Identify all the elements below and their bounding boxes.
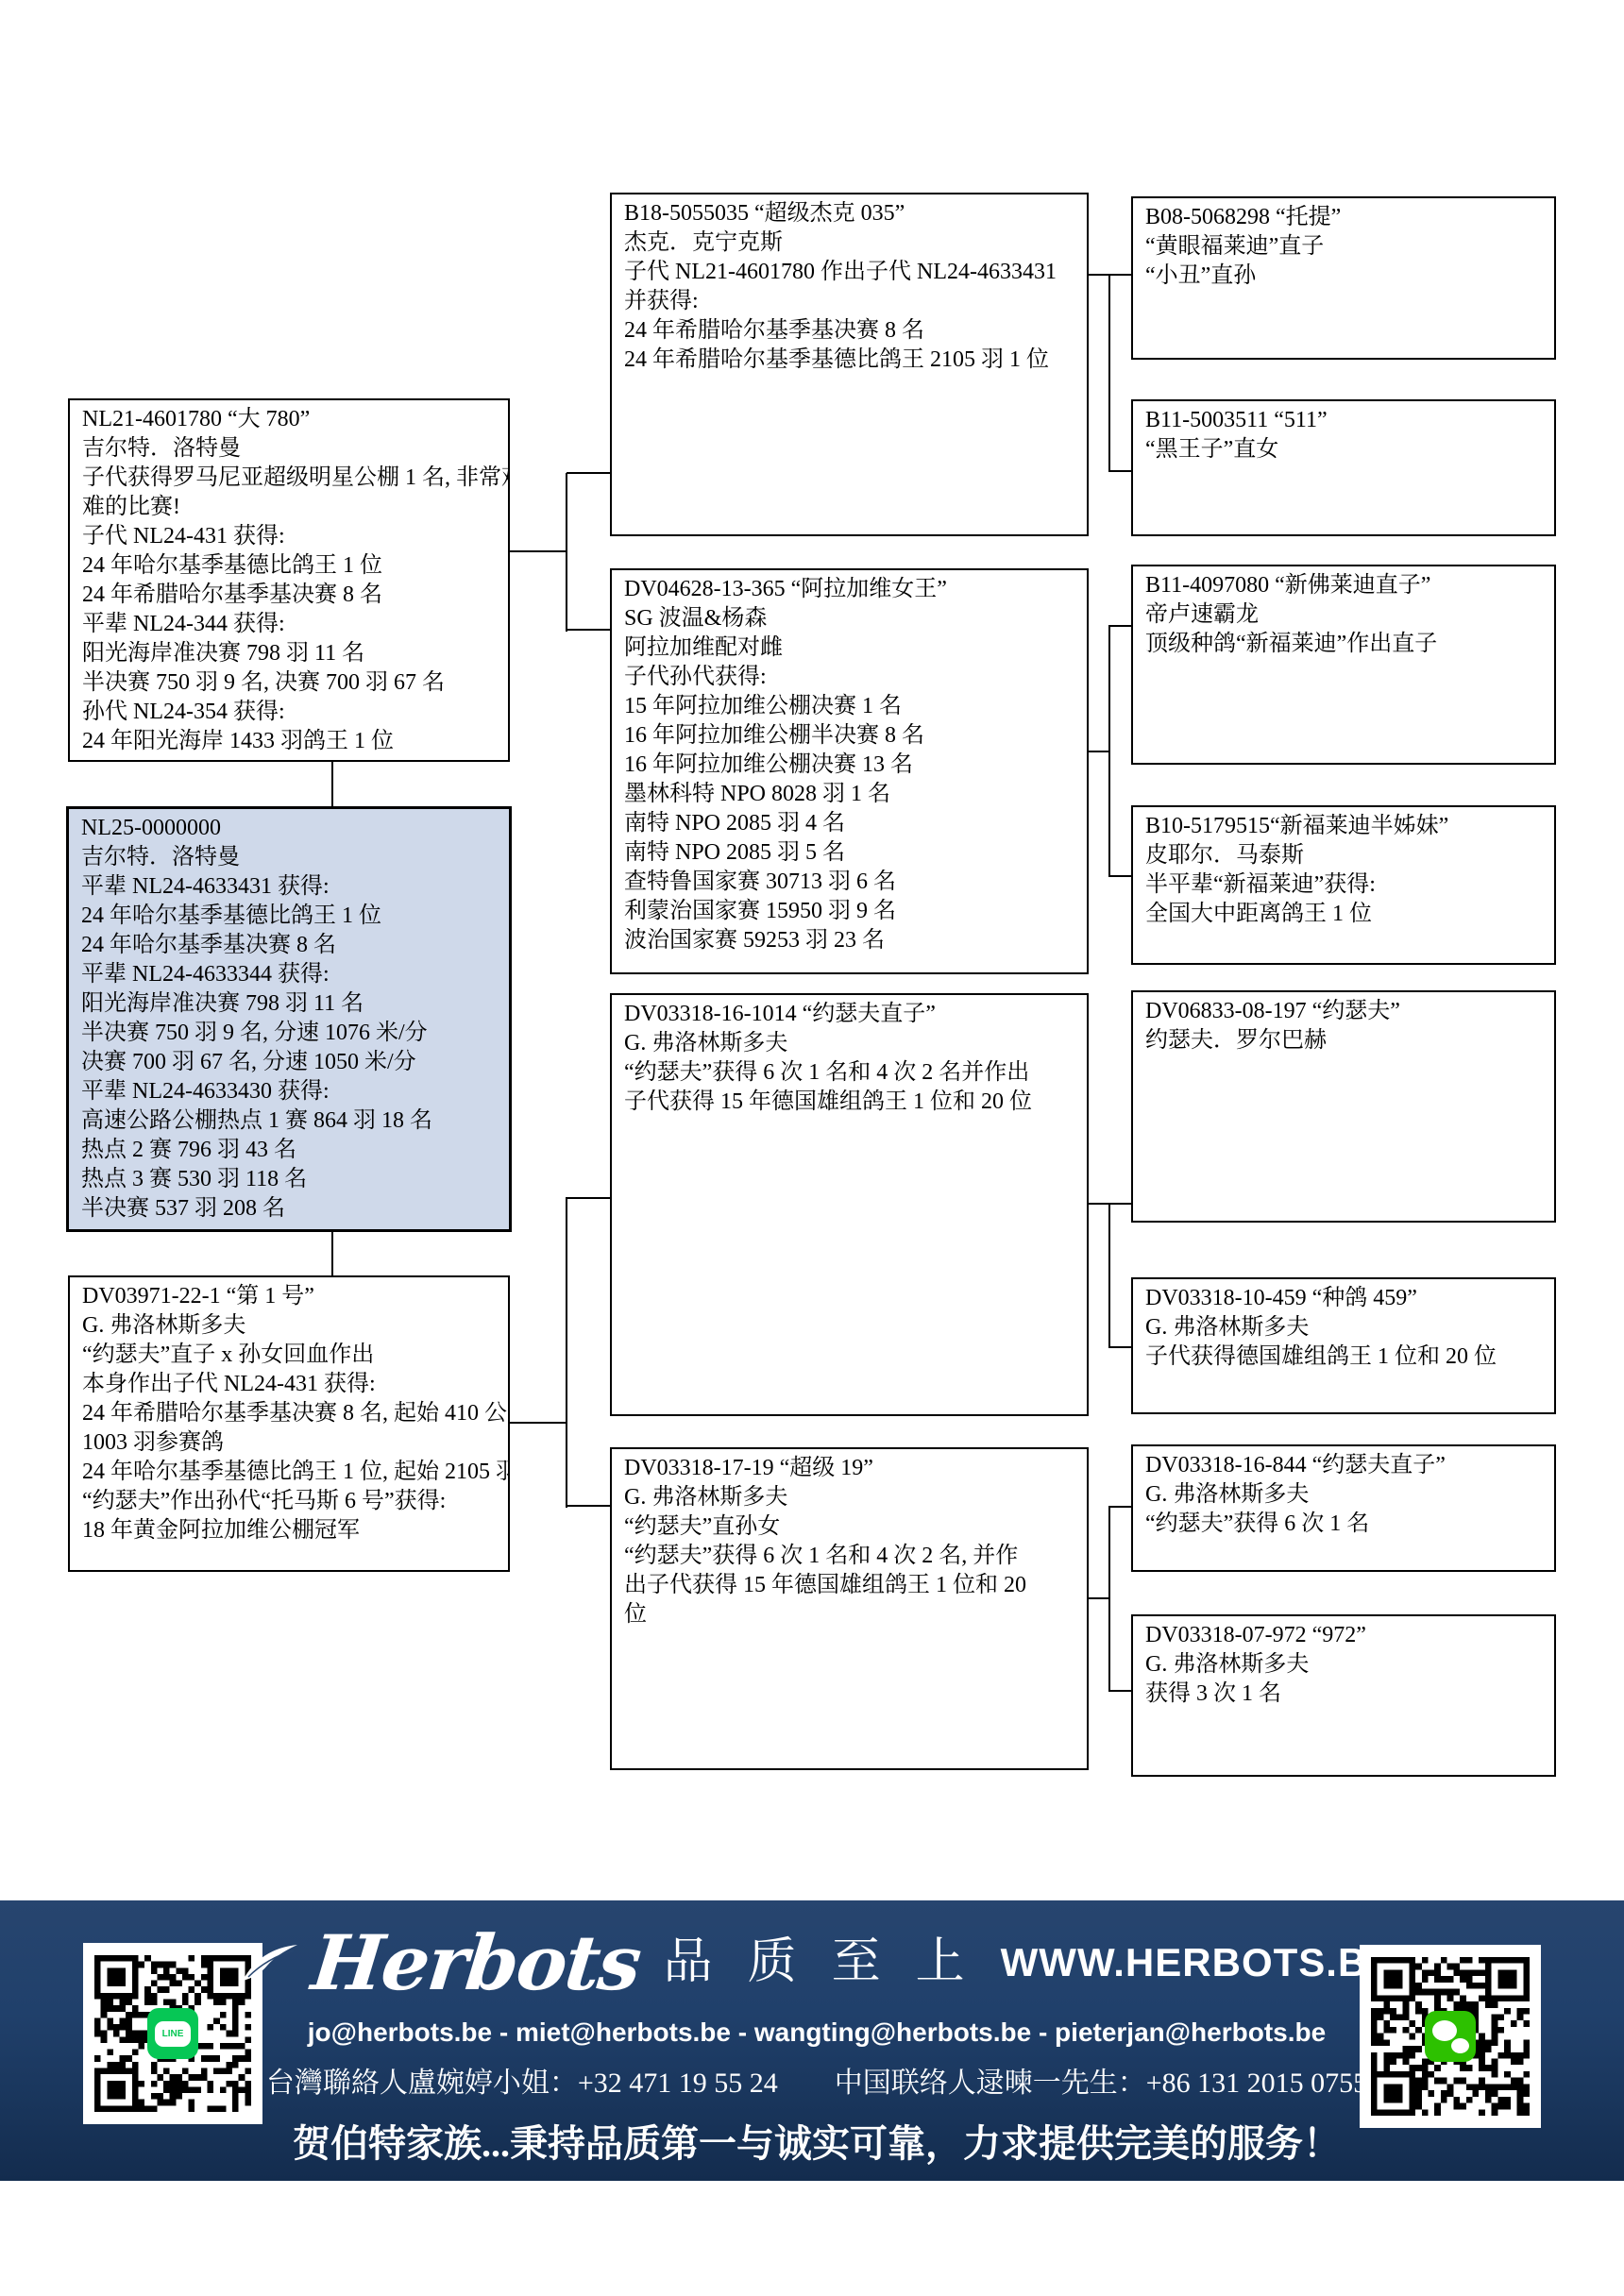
box-line: B10-5179515“新福莱迪半姊妹” (1145, 812, 1545, 841)
feather-icon (239, 1939, 309, 1986)
box-line: SG 波温&杨森 (624, 604, 1077, 633)
box-line: DV03318-16-844 “约瑟夫直子” (1145, 1451, 1545, 1480)
box-line: 利蒙治国家赛 15950 羽 9 名 (624, 897, 1077, 926)
pedigree-box-dv03318-16-844: DV03318-16-844 “约瑟夫直子”G. 弗洛林斯多夫“约瑟夫”获得 6… (1131, 1444, 1556, 1572)
connector-line (331, 762, 333, 806)
connector-line (1109, 625, 1131, 627)
box-line: B11-5003511 “511” (1145, 406, 1545, 435)
connector-line (1109, 470, 1131, 472)
box-line: “约瑟夫”获得 6 次 1 名和 4 次 2 名并作出 (624, 1058, 1077, 1088)
box-line: 子代获得 15 年德国雄组鸽王 1 位和 20 位 (624, 1088, 1077, 1117)
box-line: G. 弗洛林斯多夫 (1145, 1650, 1545, 1680)
wechat-icon (1425, 2011, 1476, 2062)
footer-slogan: 贺伯特家族...秉持品质第一与诚实可靠，力求提供完美的服务！ (293, 2114, 1341, 2168)
box-line: NL21-4601780 “大 780” (82, 405, 499, 434)
box-line: B18-5055035 “超级杰克 035” (624, 199, 1077, 228)
connector-line (1108, 274, 1110, 472)
box-line: 子代 NL21-4601780 作出子代 NL24-4633431 (624, 258, 1077, 287)
box-line: 南特 NPO 2085 羽 5 名 (624, 838, 1077, 868)
box-line: 24 年哈尔基季基德比鸽王 1 位 (82, 551, 499, 581)
connector-line (1109, 1690, 1131, 1692)
box-line: DV03318-07-972 “972” (1145, 1621, 1545, 1650)
box-line: 子代获得罗马尼亚超级明星公棚 1 名, 非常艰 (82, 464, 499, 493)
box-line: 查特鲁国家赛 30713 羽 6 名 (624, 868, 1077, 897)
box-line: “约瑟夫”直孙女 (624, 1512, 1077, 1542)
website-link[interactable]: WWW.HERBOTS.BE (1001, 1943, 1396, 1983)
connector-line (1108, 625, 1110, 877)
box-line: G. 弗洛林斯多夫 (1145, 1313, 1545, 1342)
box-line: 半决赛 750 羽 9 名, 分速 1076 米/分 (81, 1019, 499, 1048)
box-line: 全国大中距离鸽王 1 位 (1145, 900, 1545, 929)
box-line: 高速公路公棚热点 1 赛 864 羽 18 名 (81, 1106, 499, 1136)
box-line: NL25-0000000 (81, 814, 499, 843)
box-line: 24 年希腊哈尔基季基决赛 8 名 (82, 581, 499, 610)
connector-line (567, 1197, 610, 1199)
pedigree-box-dv03318-17-19: DV03318-17-19 “超级 19”G. 弗洛林斯多夫“约瑟夫”直孙女“约… (610, 1447, 1089, 1770)
box-line: 半决赛 750 羽 9 名, 决赛 700 羽 67 名 (82, 668, 499, 698)
box-line: “黄眼福莱迪”直子 (1145, 232, 1545, 262)
box-line: “小丑”直孙 (1145, 262, 1545, 291)
connector-line (1108, 1203, 1110, 1348)
box-line: 24 年希腊哈尔基季基德比鸽王 2105 羽 1 位 (624, 346, 1077, 375)
box-line: G. 弗洛林斯多夫 (624, 1029, 1077, 1058)
pedigree-box-b11-5003511: B11-5003511 “511”“黑王子”直女 (1131, 399, 1556, 536)
footer-center: Herbots 品 质 至 上 WWW.HERBOTS.BE jo@herbot… (283, 1910, 1350, 2174)
box-line: 18 年黄金阿拉加维公棚冠军 (82, 1516, 499, 1545)
box-line: 皮耶尔．马泰斯 (1145, 841, 1545, 870)
contact-phone-line: 台灣聯絡人盧婉婷小姐：+32 471 19 55 24 中国联络人逯暕一先生：+… (266, 2059, 1367, 2101)
pedigree-page: NL21-4601780 “大 780”吉尔特．洛特曼子代获得罗马尼亚超级明星公… (0, 0, 1624, 2296)
connector-line (1108, 1506, 1110, 1692)
box-line: B11-4097080 “新佛莱迪直子” (1145, 571, 1545, 600)
pedigree-box-b10-5179515: B10-5179515“新福莱迪半姊妹”皮耶尔．马泰斯半平辈“新福莱迪”获得:全… (1131, 805, 1556, 965)
pedigree-box-dv03318-16-1014: DV03318-16-1014 “约瑟夫直子”G. 弗洛林斯多夫“约瑟夫”获得 … (610, 993, 1089, 1416)
pedigree-box-dv03971-22-1: DV03971-22-1 “第 1 号”G. 弗洛林斯多夫“约瑟夫”直子 x 孙… (68, 1275, 510, 1572)
box-line: 墨林科特 NPO 8028 羽 1 名 (624, 780, 1077, 809)
box-line: 15 年阿拉加维公棚决赛 1 名 (624, 692, 1077, 721)
line-qr-code: LINE (83, 1943, 262, 2124)
box-line: “黑王子”直女 (1145, 435, 1545, 464)
pedigree-box-dv03318-10-459: DV03318-10-459 “种鸽 459”G. 弗洛林斯多夫子代获得德国雄组… (1131, 1277, 1556, 1414)
box-line: “约瑟夫”作出孙代“托马斯 6 号”获得: (82, 1487, 499, 1516)
box-line: G. 弗洛林斯多夫 (624, 1483, 1077, 1512)
box-line: 子代 NL24-431 获得: (82, 522, 499, 551)
box-line: 24 年希腊哈尔基季基决赛 8 名 (624, 316, 1077, 346)
box-line: 子代孙代获得: (624, 663, 1077, 692)
connector-line (331, 1232, 333, 1275)
box-line: 24 年哈尔基季基德比鸽王 1 位 (81, 902, 499, 931)
connector-line (567, 1505, 610, 1507)
connector-line (510, 550, 567, 552)
box-line: 出子代获得 15 年德国雄组鸽王 1 位和 20 (624, 1571, 1077, 1600)
connector-line (567, 629, 610, 631)
box-line: 本身作出子代 NL24-431 获得: (82, 1370, 499, 1399)
box-line: 平辈 NL24-4633431 获得: (81, 872, 499, 902)
connector-line (567, 472, 610, 474)
box-line: 顶级种鸽“新福莱迪”作出直子 (1145, 630, 1545, 659)
box-line: 24 年阳光海岸 1433 羽鸽王 1 位 (82, 727, 499, 756)
box-line: 获得 3 次 1 名 (1145, 1680, 1545, 1709)
box-line: 平辈 NL24-4633344 获得: (81, 960, 499, 989)
pedigree-box-b18-5055035: B18-5055035 “超级杰克 035”杰克．克宁克斯子代 NL21-460… (610, 193, 1089, 536)
box-line: G. 弗洛林斯多夫 (82, 1311, 499, 1341)
footer-brand-row: Herbots 品 质 至 上 WWW.HERBOTS.BE (239, 1910, 1396, 2016)
line-icon: LINE (147, 2008, 198, 2059)
box-line: DV06833-08-197 “约瑟夫” (1145, 997, 1545, 1026)
pedigree-box-subject-nl25-0000000: NL25-0000000吉尔特．洛特曼平辈 NL24-4633431 获得:24… (66, 806, 512, 1232)
box-line: “约瑟夫”直子 x 孙女回血作出 (82, 1341, 499, 1370)
box-line: 孙代 NL24-354 获得: (82, 698, 499, 727)
connector-line (1109, 1506, 1131, 1508)
box-line: 阿拉加维配对雌 (624, 633, 1077, 663)
box-line: 难的比赛! (82, 493, 499, 522)
box-line: 决赛 700 羽 67 名, 分速 1050 米/分 (81, 1048, 499, 1077)
box-line: 子代获得德国雄组鸽王 1 位和 20 位 (1145, 1342, 1545, 1372)
connector-line (1109, 875, 1131, 877)
box-line: 并获得: (624, 287, 1077, 316)
box-line: 热点 3 赛 530 羽 118 名 (81, 1165, 499, 1194)
box-line: DV03318-16-1014 “约瑟夫直子” (624, 1000, 1077, 1029)
box-line: 24 年哈尔基季基决赛 8 名 (81, 931, 499, 960)
box-line: 16 年阿拉加维公棚决赛 13 名 (624, 751, 1077, 780)
box-line: DV03318-17-19 “超级 19” (624, 1454, 1077, 1483)
pedigree-box-b08-5068298: B08-5068298 “托提”“黄眼福莱迪”直子“小丑”直孙 (1131, 196, 1556, 360)
box-line: 半平辈“新福莱迪”获得: (1145, 870, 1545, 900)
box-line: DV03318-10-459 “种鸽 459” (1145, 1284, 1545, 1313)
pedigree-box-b11-4097080: B11-4097080 “新佛莱迪直子”帝卢速霸龙顶级种鸽“新福莱迪”作出直子 (1131, 565, 1556, 765)
box-line: 热点 2 赛 796 羽 43 名 (81, 1136, 499, 1165)
box-line: “约瑟夫”获得 6 次 1 名 (1145, 1510, 1545, 1539)
herbots-footer-banner: LINE Herbots 品 质 至 上 WWW.HERBOTS.BE jo@h… (0, 1900, 1624, 2181)
box-line: G. 弗洛林斯多夫 (1145, 1480, 1545, 1510)
box-line: “约瑟夫”获得 6 次 1 名和 4 次 2 名, 并作 (624, 1542, 1077, 1571)
box-line: 阳光海岸准决赛 798 羽 11 名 (82, 639, 499, 668)
box-line: B08-5068298 “托提” (1145, 203, 1545, 232)
pedigree-box-nl21-4601780: NL21-4601780 “大 780”吉尔特．洛特曼子代获得罗马尼亚超级明星公… (68, 398, 510, 762)
box-line: 阳光海岸准决赛 798 羽 11 名 (81, 989, 499, 1019)
brand-tagline: 品 质 至 上 (664, 1938, 976, 1987)
box-line: 24 年哈尔基季基德比鸽王 1 位, 起始 2105 羽 (82, 1458, 499, 1487)
box-line: 约瑟夫．罗尔巴赫 (1145, 1026, 1545, 1055)
connector-line (566, 473, 567, 632)
box-line: 16 年阿拉加维公棚半决赛 8 名 (624, 721, 1077, 751)
box-line: 平辈 NL24-4633430 获得: (81, 1077, 499, 1106)
box-line: 杰克．克宁克斯 (624, 228, 1077, 258)
pedigree-box-dv04628-13-365: DV04628-13-365 “阿拉加维女王”SG 波温&杨森阿拉加维配对雌子代… (610, 568, 1089, 974)
box-line: 波治国家赛 59253 羽 23 名 (624, 926, 1077, 955)
connector-line (566, 1197, 567, 1508)
connector-line (1089, 751, 1109, 752)
wechat-qr-code (1360, 1945, 1541, 2128)
box-line: 帝卢速霸龙 (1145, 600, 1545, 630)
box-line: 24 年希腊哈尔基季基决赛 8 名, 起始 410 公里 (82, 1399, 499, 1428)
pedigree-box-dv06833-08-197: DV06833-08-197 “约瑟夫”约瑟夫．罗尔巴赫 (1131, 990, 1556, 1223)
email-links[interactable]: jo@herbots.be - miet@herbots.be - wangti… (308, 2017, 1326, 2048)
brand-wordmark: Herbots (309, 1925, 643, 2001)
box-line: 1003 羽参赛鸽 (82, 1428, 499, 1458)
box-line: DV04628-13-365 “阿拉加维女王” (624, 575, 1077, 604)
connector-line (1089, 1597, 1109, 1599)
box-line: 吉尔特．洛特曼 (82, 434, 499, 464)
box-line: 平辈 NL24-344 获得: (82, 610, 499, 639)
box-line: 吉尔特．洛特曼 (81, 843, 499, 872)
herbots-logo: Herbots (239, 1925, 639, 2001)
connector-line (1109, 1346, 1131, 1348)
box-line: DV03971-22-1 “第 1 号” (82, 1282, 499, 1311)
box-line: 南特 NPO 2085 羽 4 名 (624, 809, 1077, 838)
connector-line (510, 1422, 567, 1424)
box-line: 位 (624, 1600, 1077, 1629)
box-line: 半决赛 537 羽 208 名 (81, 1194, 499, 1224)
pedigree-box-dv03318-07-972: DV03318-07-972 “972”G. 弗洛林斯多夫获得 3 次 1 名 (1131, 1614, 1556, 1777)
